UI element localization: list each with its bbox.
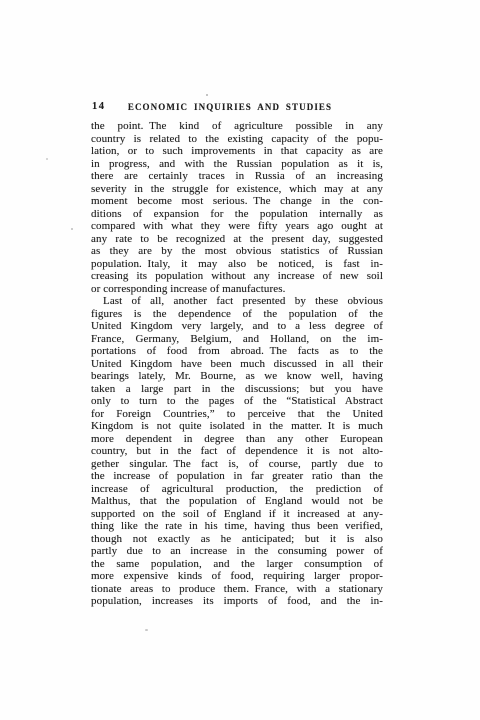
text-line: though not exactly as he anticipated; bu… [91,533,383,546]
text-line: ditions of expansion for the population … [91,208,383,221]
text-line: supported on the soil of England if it i… [91,508,383,521]
text-line: lation, or to such improvements in that … [91,145,383,158]
text-line: tionate areas to produce them. France, w… [91,583,383,596]
text-line: bearings lately, Mr. Bourne, as we know … [91,370,383,383]
text-line: in progress, and with the Russian popula… [91,158,383,171]
scan-speck [46,158,48,160]
text-line: gether singular. The fact is, of course,… [91,458,383,471]
text-line: more expensive kinds of food, requiring … [91,570,383,583]
paragraph: the point. The kind of agriculture possi… [91,120,383,295]
text-line: moment become most serious. The change i… [91,195,383,208]
text-line: United Kingdom very largely, and to a le… [91,320,383,333]
text-line: more dependent in degree than any other … [91,433,383,446]
text-line: as they are by the most obvious statisti… [91,245,383,258]
text-line: increase of agricultural production, the… [91,483,383,496]
text-line: Kingdom is not quite isolated in the mat… [91,420,383,433]
text-line: population. Italy, it may also be notice… [91,258,383,271]
text-line: severity in the struggle for existence, … [91,183,383,196]
text-line: Malthus, that the population of England … [91,495,383,508]
paragraph: Last of all, another fact presented by t… [91,295,383,608]
text-line: compared with what they were fifty years… [91,220,383,233]
scan-speck [206,94,208,96]
text-line: population, increases its imports of foo… [91,595,383,608]
scan-speck [71,228,73,230]
text-line: portations of food from abroad. The fact… [91,345,383,358]
text-line: figures is the dependence of the populat… [91,308,383,321]
scanned-book-page: 14 ECONOMIC INQUIRIES AND STUDIES the po… [0,0,480,720]
text-line: any rate to be recognized at the present… [91,233,383,246]
text-line: thing like the rate in his time, having … [91,520,383,533]
text-line: country, but in the fact of dependence i… [91,445,383,458]
text-line: or corresponding increase of manufacture… [91,283,383,296]
text-line: Last of all, another fact presented by t… [91,295,383,308]
text-line: only to turn to the pages of the “Statis… [91,395,383,408]
text-line: taken a large part in the discussions; b… [91,383,383,396]
page-number: 14 [92,101,106,112]
text-block: the point. The kind of agriculture possi… [91,120,383,608]
running-head: 14 ECONOMIC INQUIRIES AND STUDIES [91,100,383,115]
text-line: the increase of population in far greate… [91,470,383,483]
text-line: the point. The kind of agriculture possi… [91,120,383,133]
text-line: there are certainly traces in Russia of … [91,170,383,183]
text-line: country is related to the existing capac… [91,133,383,146]
text-line: France, Germany, Belgium, and Holland, o… [91,333,383,346]
scan-speck [145,629,148,631]
text-line: for Foreign Countries,” to perceive that… [91,408,383,421]
text-line: United Kingdom have been much discussed … [91,358,383,371]
running-title: ECONOMIC INQUIRIES AND STUDIES [91,100,383,112]
text-line: partly due to an increase in the consumi… [91,545,383,558]
text-line: creasing its population without any incr… [91,270,383,283]
text-line: the same population, and the larger cons… [91,558,383,571]
